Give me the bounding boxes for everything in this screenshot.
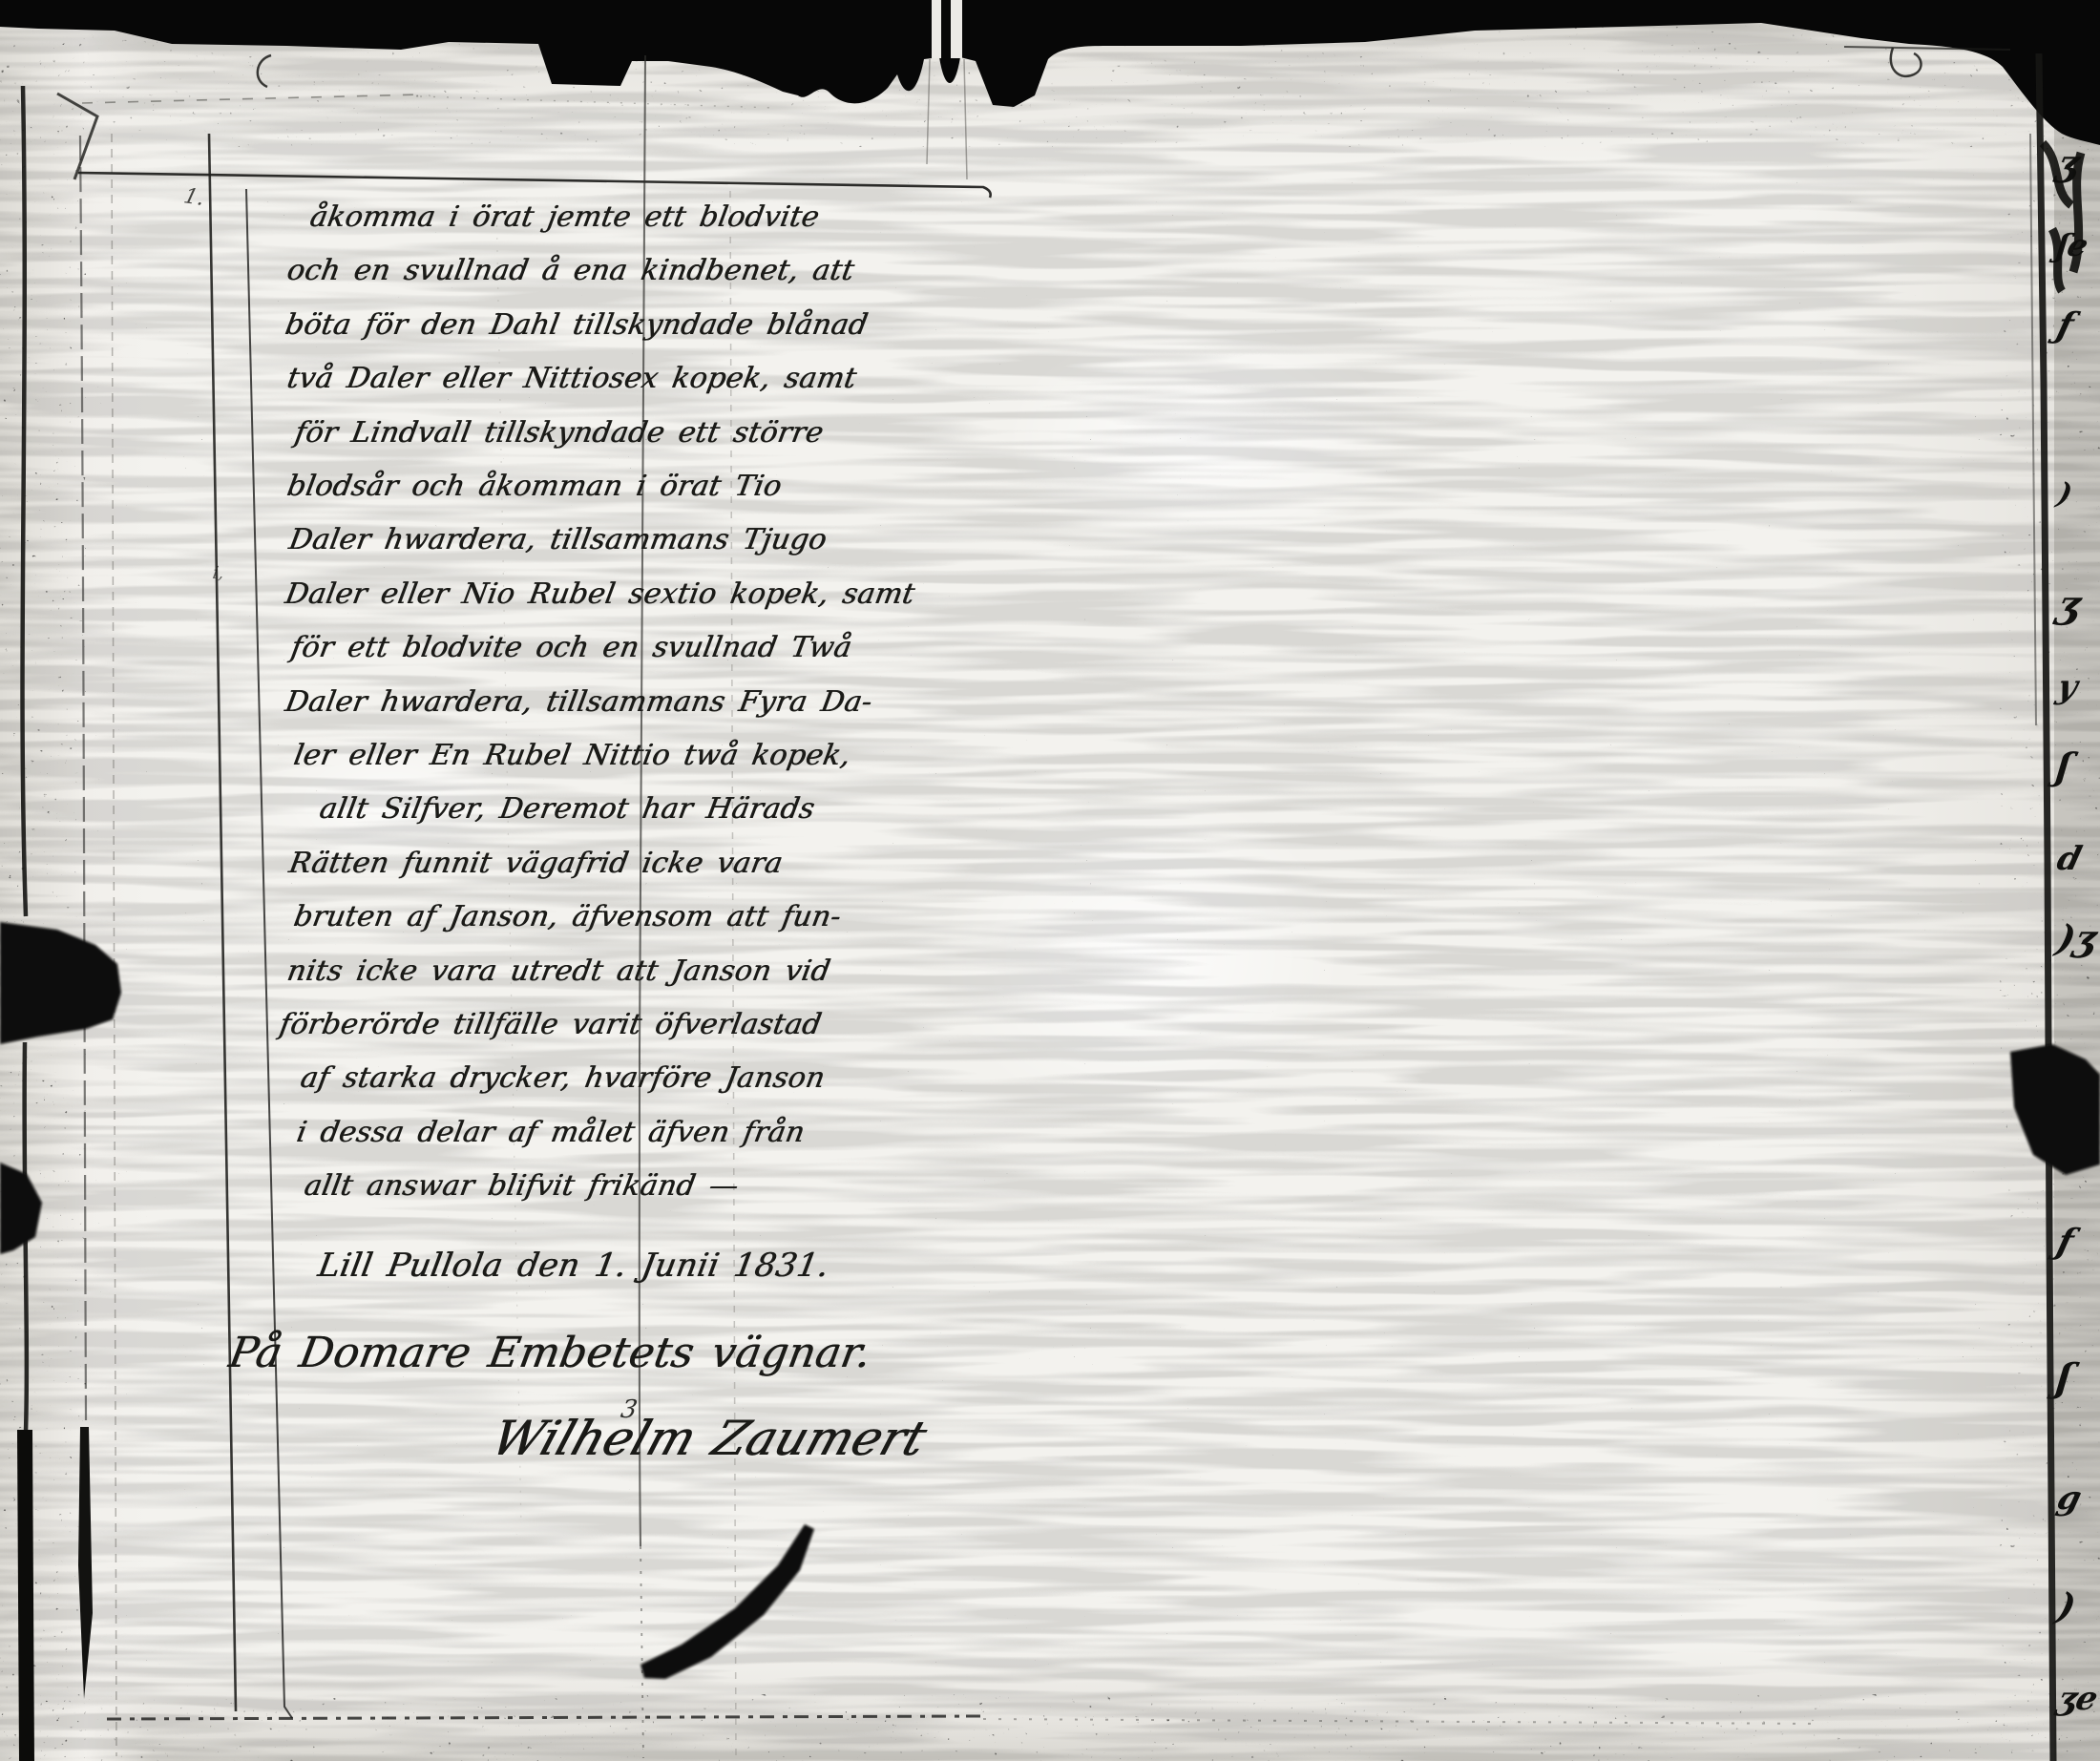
handwritten-line: Daler hwardera, tillsammans Fyra Da-	[283, 685, 874, 719]
scanned-microfilm-frame: ʒ ʃe ƒ ) ʒ y ʃ d )ʒ ƒ ʃ g ) ʒe	[0, 0, 2100, 1761]
edge-writing-fragment: ƒ	[2053, 305, 2078, 346]
edge-writing-fragment: )ʒ	[2052, 916, 2100, 959]
edge-writing-fragment: d	[2053, 840, 2086, 878]
handwritten-line: allt Silfver, Deremot har Härads	[317, 792, 817, 826]
handwritten-line: Rätten funnit vägafrid icke vara	[286, 847, 786, 880]
handwritten-line: allt answar blifvit frikänd —	[302, 1169, 741, 1203]
handwritten-line: blodsår och åkomman i örat Tio	[284, 470, 785, 503]
edge-writing-fragment: ʃ	[2052, 744, 2075, 787]
handwritten-line: för ett blodvite och en svullnad Twå	[288, 631, 854, 664]
handwritten-line: Daler eller Nio Rubel sextio kopek, samt	[283, 577, 917, 611]
edge-writing-fragment: ƒ	[2053, 1222, 2078, 1262]
edge-writing-fragment: )	[2054, 477, 2076, 511]
handwritten-line: nits icke vara utredt att Janson vid	[284, 954, 832, 988]
edge-writing-fragment: ʃ	[2052, 1355, 2076, 1400]
handwritten-line: och en svullnad å ena kindbenet, att	[284, 254, 856, 287]
handwritten-line: Daler hwardera, tillsammans Tjugo	[286, 523, 829, 556]
handwritten-line: två Daler eller Nittiosex kopek, samt	[284, 362, 859, 395]
edge-writing-fragment: ʒe	[2053, 1680, 2100, 1718]
edge-writing-fragment: )	[2052, 1584, 2080, 1627]
handwritten-line: ler eller En Rubel Nittio twå kopek,	[291, 739, 853, 772]
signature: Wilhelm Zaumert	[485, 1411, 934, 1466]
handwritten-line: för Lindvall tillskyndade ett större	[292, 416, 826, 450]
adjacent-page-sliver: ʒ ʃe ƒ ) ʒ y ʃ d )ʒ ƒ ʃ g ) ʒe	[2054, 0, 2100, 1761]
date-line: Lill Pullola den 1. Junii 1831.	[315, 1247, 831, 1285]
handwritten-line: bruten af Janson, äfvensom att fun-	[291, 900, 844, 933]
handwritten-line: förberörde tillfälle varit öfverlastad	[277, 1008, 824, 1041]
handwritten-line: i dessa delar af målet äfven från	[294, 1116, 808, 1149]
edge-writing-fragment: y	[2053, 668, 2082, 706]
edge-writing-fragment: ʃe	[2053, 227, 2091, 263]
handwritten-line: af starka drycker, hvarföre Janson	[298, 1061, 828, 1095]
edge-writing-fragment: ʒ	[2052, 141, 2084, 184]
handwritten-line: åkomma i örat jemte ett blodvite	[307, 200, 822, 234]
edge-writing-fragment: ʒ	[2052, 582, 2085, 627]
attestation-line: På Domare Embetets vägnar.	[225, 1329, 874, 1377]
edge-writing-fragment: g	[2053, 1479, 2086, 1518]
handwritten-line: böta för den Dahl tillskyndade blånad	[283, 308, 871, 342]
